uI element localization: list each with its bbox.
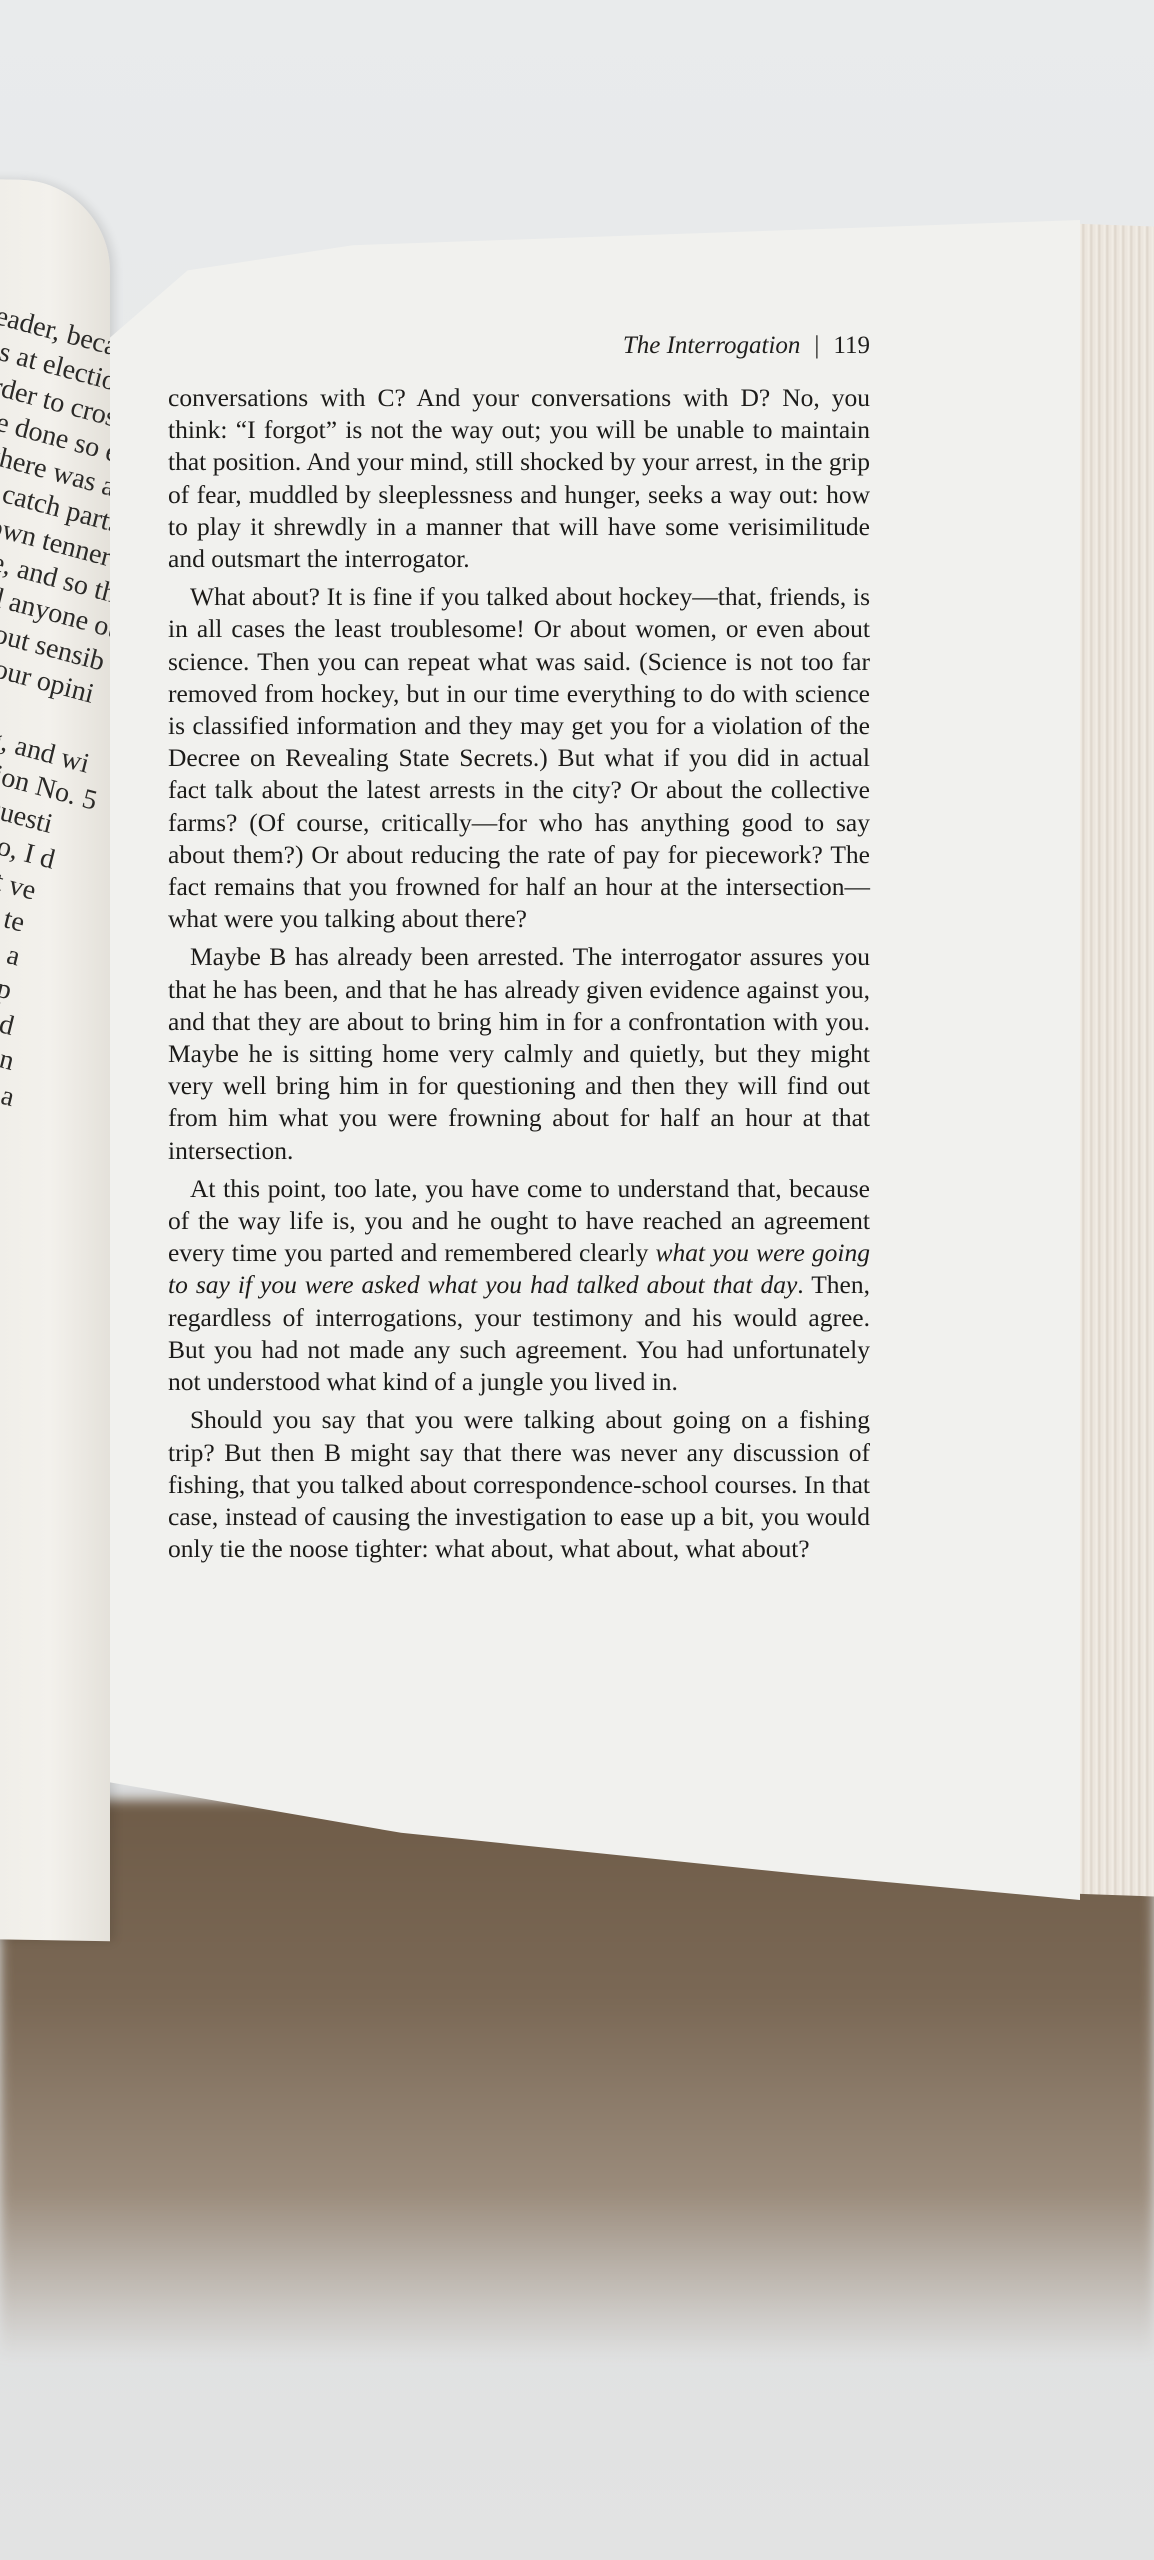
- paragraph-4: At this point, too late, you have come t…: [168, 1173, 870, 1398]
- paragraph-3: Maybe B has already been arrested. The i…: [168, 941, 870, 1166]
- page-stack-edge: [1070, 224, 1154, 1897]
- paragraph-5: Should you say that you were talking abo…: [168, 1404, 870, 1565]
- paragraph-1: conversations with C? And your conversat…: [168, 382, 870, 575]
- chapter-title: The Interrogation: [623, 332, 801, 359]
- left-page-text: eader, because yoes at elections, be ord…: [0, 299, 110, 1643]
- paragraph-2: What about? It is fine if you talked abo…: [168, 581, 870, 935]
- header-separator: |: [814, 332, 819, 360]
- left-page: eader, because yoes at elections, be ord…: [0, 179, 110, 1942]
- page-number: 119: [833, 332, 870, 359]
- page-body: conversations with C? And your conversat…: [168, 382, 870, 1571]
- running-head: The Interrogation|119: [560, 332, 870, 360]
